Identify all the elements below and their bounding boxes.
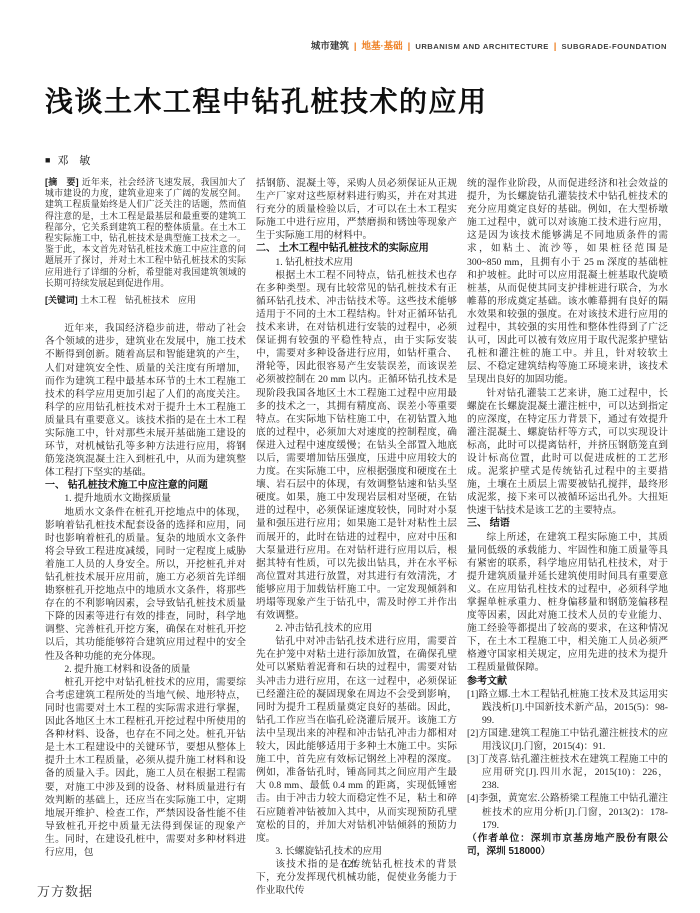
paragraph-intro: 近年来，我国经济稳步前进，带动了社会各个领域的进步，建筑业在发展中，施工技术不断… <box>45 322 246 479</box>
header-separator-icon: | <box>554 41 557 52</box>
column-right: 统的湿作业阶段，从而促进经济和社会效益的提升，为长螺旋钻孔灌装技术中钻孔桩技术的… <box>467 177 668 897</box>
keywords-text: 土木工程 钻孔桩技术 应用 <box>81 295 196 305</box>
column-middle: 括钢筋、混凝土等，采购人员必须保证从正规生产厂家对这些原材料进行购买，并在对其进… <box>256 177 457 897</box>
subsection-heading-1-2: 2. 提升施工材料和设备的质量 <box>45 663 246 676</box>
abstract-text: 近年来，社会经济飞速发展，我国加大了城市建设的力度，建筑业迎来了广阔的发展空间。… <box>45 177 246 288</box>
header-separator-icon: | <box>408 41 411 52</box>
subsection-heading-2-3: 3. 长螺旋钻孔技术的应用 <box>256 845 457 858</box>
abstract-label: [摘 要] <box>45 177 79 187</box>
author-line: ■邓 敏 <box>45 152 90 168</box>
paragraph: 桩孔开挖中对钻孔桩技术的应用，需要综合考虑建筑工程所处的当地气候、地形特点，同时… <box>45 676 246 859</box>
references-heading: 参考文献 <box>467 675 668 688</box>
paragraph: 针对钻孔灌装工艺来讲，施工过程中，长螺旋在长螺旋混凝土灌注桩中，可以达到指定的应… <box>467 387 668 518</box>
header-separator-icon: | <box>354 41 357 52</box>
subsection-heading-2-1: 1. 钻孔桩技术应用 <box>256 256 457 269</box>
section-heading-1: 一、 钻孔桩技术施工中应注意的问题 <box>45 479 246 492</box>
paragraph-continued: 括钢筋、混凝土等，采购人员必须保证从正规生产厂家对这些原材料进行购买，并在对其进… <box>256 177 457 242</box>
reference-item: [4]李强，黄宽宏.公路桥梁工程施工中钻孔灌注桩技术的应用分析[J].门窗，20… <box>467 792 668 831</box>
page-number: 121 <box>0 860 700 870</box>
paragraph: 综上所述，在建筑工程实际施工中，其质量同低级的承载能力、牢固性和施工质量等具有紧… <box>467 531 668 675</box>
subsection-heading-2-2: 2. 冲击钻孔技术的应用 <box>256 622 457 635</box>
author-name: 邓 敏 <box>57 155 90 167</box>
section-heading-2: 二、 土木工程中钻孔桩技术的实际应用 <box>256 242 457 255</box>
journal-header: 城市建筑|地基·基础|URBANISM AND ARCHITECTURE|SUB… <box>311 38 667 52</box>
paper-page: 城市建筑|地基·基础|URBANISM AND ARCHITECTURE|SUB… <box>0 0 700 913</box>
reference-item: [2]方国建.建筑工程施工中钻孔灌注桩技术的应用浅议[J].门窗，2015(4)… <box>467 727 668 753</box>
article-columns: [摘 要]近年来，社会经济飞速发展，我国加大了城市建设的力度，建筑业迎来了广阔的… <box>45 177 668 897</box>
abstract-block: [摘 要]近年来，社会经济飞速发展，我国加大了城市建设的力度，建筑业迎来了广阔的… <box>45 177 246 289</box>
article-title: 浅谈土木工程中钻孔桩技术的应用 <box>45 80 488 120</box>
paragraph: 根据土木工程不同特点，钻孔桩技术也存在多种类型。现有比较常见的钻孔桩技术有正循环… <box>256 269 457 623</box>
column-left: [摘 要]近年来，社会经济飞速发展，我国加大了城市建设的力度，建筑业迎来了广阔的… <box>45 177 246 897</box>
section-heading-3: 三、 结语 <box>467 517 668 530</box>
paragraph-continued: 统的湿作业阶段，从而促进经济和社会效益的提升，为长螺旋钻孔灌装技术中钻孔桩技术的… <box>467 177 668 387</box>
author-square-icon: ■ <box>45 155 50 165</box>
paragraph: 地质水文条件在桩孔开挖地点中的体现，影响着钻孔桩技术配套设备的选择和应用，同时也… <box>45 506 246 663</box>
wanfang-watermark: 万方数据 <box>37 881 93 900</box>
paragraph: 钻孔中对冲击钻孔技术进行应用，需要首先在护笼中对粘土进行添加放置，在确保孔壁处可… <box>256 635 457 845</box>
section-name-cn: 地基·基础 <box>362 41 403 52</box>
journal-name-en: URBANISM AND ARCHITECTURE <box>415 42 548 51</box>
keywords-label: [关键词] <box>45 295 78 305</box>
journal-name-cn: 城市建筑 <box>311 41 349 52</box>
subsection-heading-1-1: 1. 提升地质水文勘探质量 <box>45 492 246 505</box>
section-name-en: SUBGRADE-FOUNDATION <box>561 42 667 51</box>
keywords-block: [关键词]土木工程 钻孔桩技术 应用 <box>45 295 246 306</box>
author-affiliation: （作者单位：深圳市京基房地产股份有限公司，深圳 518000） <box>467 832 668 858</box>
reference-item: [1]路立娜.土木工程钻孔桩施工技术及其运用实践浅析[J].中国新技术新产品，2… <box>467 688 668 727</box>
reference-item: [3]丁茂喜.钻孔灌注桩技术在建筑工程施工中的应用研究[J].四川水泥，2015… <box>467 753 668 792</box>
